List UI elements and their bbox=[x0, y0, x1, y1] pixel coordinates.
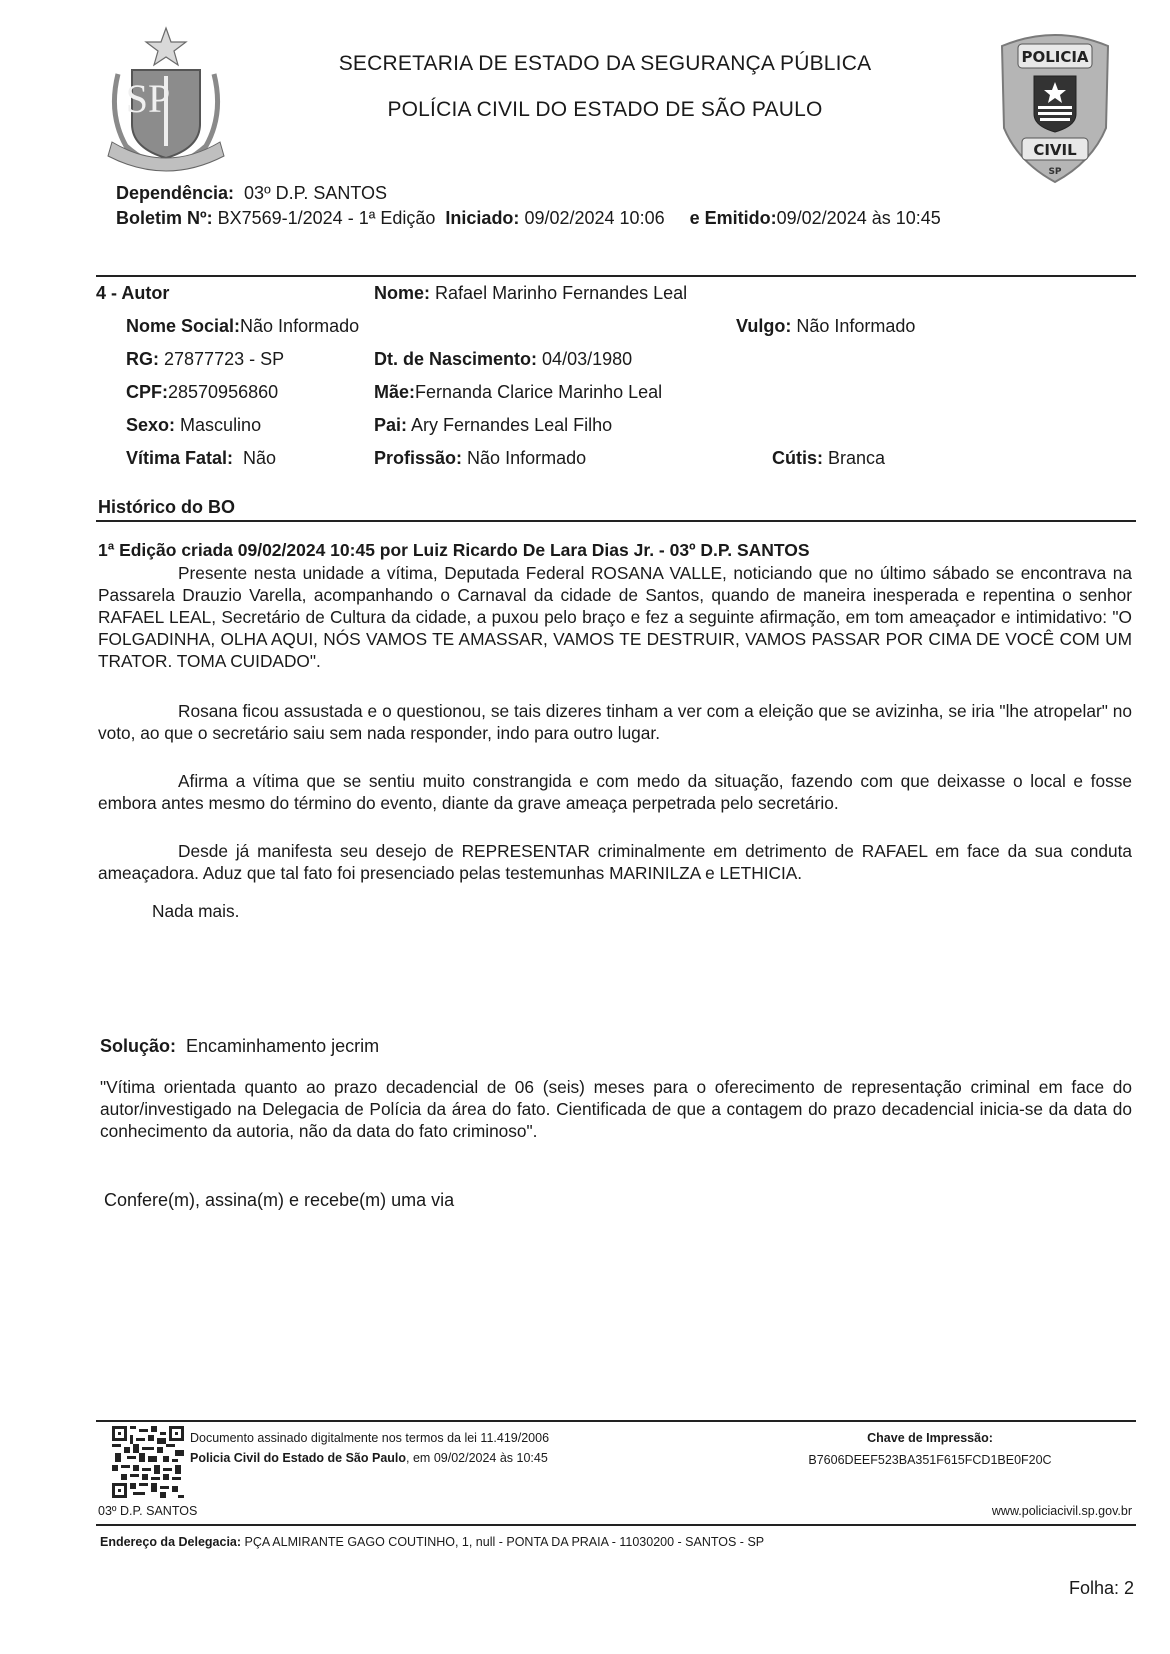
signature-date: , em 09/02/2024 às 10:45 bbox=[406, 1451, 548, 1465]
confere-text: Confere(m), assina(m) e recebe(m) uma vi… bbox=[104, 1190, 454, 1211]
field-label: Sexo: bbox=[126, 415, 175, 435]
svg-text:POLICIA: POLICIA bbox=[1021, 48, 1088, 66]
divider bbox=[96, 1524, 1136, 1526]
emitido-value: 09/02/2024 às 10:45 bbox=[777, 208, 941, 228]
solucao-label: Solução: bbox=[100, 1036, 176, 1056]
chave-impressao-value: B7606DEEF523BA351F615FCD1BE0F20C bbox=[790, 1453, 1070, 1467]
field-value: Não bbox=[243, 448, 276, 468]
field-rg: RG: 27877723 - SP bbox=[126, 349, 284, 370]
field-nome-social: Nome Social:Não Informado bbox=[126, 316, 359, 337]
signature-issuer: Policia Civil do Estado de São Paulo bbox=[190, 1451, 406, 1465]
historico-paragraph: Afirma a vítima que se sentiu muito cons… bbox=[98, 770, 1132, 814]
solucao-value: Encaminhamento jecrim bbox=[186, 1036, 379, 1056]
field-value: Fernanda Clarice Marinho Leal bbox=[415, 382, 662, 402]
field-label: Pai: bbox=[374, 415, 407, 435]
endereco-delegacia: Endereço da Delegacia: PÇA ALMIRANTE GAG… bbox=[100, 1535, 764, 1549]
field-label: Mãe: bbox=[374, 382, 415, 402]
field-value: Branca bbox=[828, 448, 885, 468]
footer-dependencia: 03º D.P. SANTOS bbox=[98, 1504, 197, 1518]
solucao-field: Solução: Encaminhamento jecrim bbox=[100, 1036, 379, 1057]
boletim-label: Boletim Nº: bbox=[116, 208, 213, 228]
field-value: Não Informado bbox=[467, 448, 586, 468]
historico-paragraph: Rosana ficou assustada e o questionou, s… bbox=[98, 700, 1132, 744]
field-label: Nome: bbox=[374, 283, 430, 303]
historico-paragraph: Presente nesta unidade a vítima, Deputad… bbox=[98, 562, 1132, 672]
signature-line-2: Policia Civil do Estado de São Paulo, em… bbox=[190, 1451, 548, 1465]
qr-code-icon bbox=[112, 1426, 184, 1498]
endereco-value: PÇA ALMIRANTE GAGO COUTINHO, 1, null - P… bbox=[245, 1535, 765, 1549]
field-label: Vulgo: bbox=[736, 316, 791, 336]
dependencia-label: Dependência: bbox=[116, 183, 234, 203]
field-label: RG: bbox=[126, 349, 159, 369]
field-nome: Nome: Rafael Marinho Fernandes Leal bbox=[374, 283, 687, 304]
field-value: Não Informado bbox=[796, 316, 915, 336]
dependencia-value: 03º D.P. SANTOS bbox=[244, 183, 387, 203]
field-value: 27877723 - SP bbox=[164, 349, 284, 369]
boletim-value: BX7569-1/2024 - 1ª Edição bbox=[218, 208, 436, 228]
divider bbox=[96, 275, 1136, 277]
policia-civil-badge-icon: POLICIA CIVIL SP bbox=[992, 28, 1118, 186]
field-pai: Pai: Ary Fernandes Leal Filho bbox=[374, 415, 612, 436]
autor-section-label: 4 - Autor bbox=[96, 283, 169, 304]
divider bbox=[96, 520, 1136, 522]
paragraph-text: Nada mais. bbox=[152, 901, 239, 921]
field-label: Profissão: bbox=[374, 448, 462, 468]
emitido-label: e Emitido: bbox=[690, 208, 777, 228]
edition-line: 1ª Edição criada 09/02/2024 10:45 por Lu… bbox=[98, 540, 810, 561]
field-value: Ary Fernandes Leal Filho bbox=[411, 415, 612, 435]
historico-paragraph: Desde já manifesta seu desejo de REPRESE… bbox=[98, 840, 1132, 884]
signature-line-1: Documento assinado digitalmente nos term… bbox=[190, 1431, 549, 1445]
field-dt-nascimento: Dt. de Nascimento: 04/03/1980 bbox=[374, 349, 632, 370]
historico-title: Histórico do BO bbox=[98, 497, 235, 518]
dependencia-field: Dependência: 03º D.P. SANTOS bbox=[116, 183, 387, 204]
field-mae: Mãe:Fernanda Clarice Marinho Leal bbox=[374, 382, 662, 403]
field-label: CPF: bbox=[126, 382, 168, 402]
svg-text:CIVIL: CIVIL bbox=[1033, 141, 1077, 159]
boletim-row: Boletim Nº: BX7569-1/2024 - 1ª Edição In… bbox=[116, 208, 941, 229]
field-vulgo: Vulgo: Não Informado bbox=[736, 316, 915, 337]
historico-paragraph: Nada mais. bbox=[98, 900, 1132, 922]
field-label: Dt. de Nascimento: bbox=[374, 349, 537, 369]
endereco-label: Endereço da Delegacia: bbox=[100, 1535, 241, 1549]
field-label: Cútis: bbox=[772, 448, 823, 468]
field-value: Não Informado bbox=[240, 316, 359, 336]
paragraph-text: Presente nesta unidade a vítima, Deputad… bbox=[98, 563, 1132, 671]
paragraph-text: Rosana ficou assustada e o questionou, s… bbox=[98, 701, 1132, 743]
field-label: Nome Social: bbox=[126, 316, 240, 336]
field-vitima-fatal: Vítima Fatal: Não bbox=[126, 448, 276, 469]
field-value: 28570956860 bbox=[168, 382, 278, 402]
footer-website-link[interactable]: www.policiacivil.sp.gov.br bbox=[880, 1504, 1132, 1518]
paragraph-text: Afirma a vítima que se sentiu muito cons… bbox=[98, 771, 1132, 813]
field-value: 04/03/1980 bbox=[542, 349, 632, 369]
field-profissao: Profissão: Não Informado bbox=[374, 448, 586, 469]
iniciado-value: 09/02/2024 10:06 bbox=[524, 208, 664, 228]
field-label: Vítima Fatal: bbox=[126, 448, 233, 468]
field-cutis: Cútis: Branca bbox=[772, 448, 885, 469]
orientacao-text: "Vítima orientada quanto ao prazo decade… bbox=[100, 1076, 1132, 1142]
iniciado-label: Iniciado: bbox=[445, 208, 519, 228]
field-value: Rafael Marinho Fernandes Leal bbox=[435, 283, 687, 303]
svg-text:SP: SP bbox=[1048, 167, 1061, 177]
field-cpf: CPF:28570956860 bbox=[126, 382, 278, 403]
field-value: Masculino bbox=[180, 415, 261, 435]
paragraph-text: Desde já manifesta seu desejo de REPRESE… bbox=[98, 841, 1132, 883]
page-number: Folha: 2 bbox=[1030, 1578, 1134, 1599]
field-sexo: Sexo: Masculino bbox=[126, 415, 261, 436]
divider bbox=[96, 1420, 1136, 1422]
chave-impressao-label: Chave de Impressão: bbox=[820, 1431, 1040, 1445]
